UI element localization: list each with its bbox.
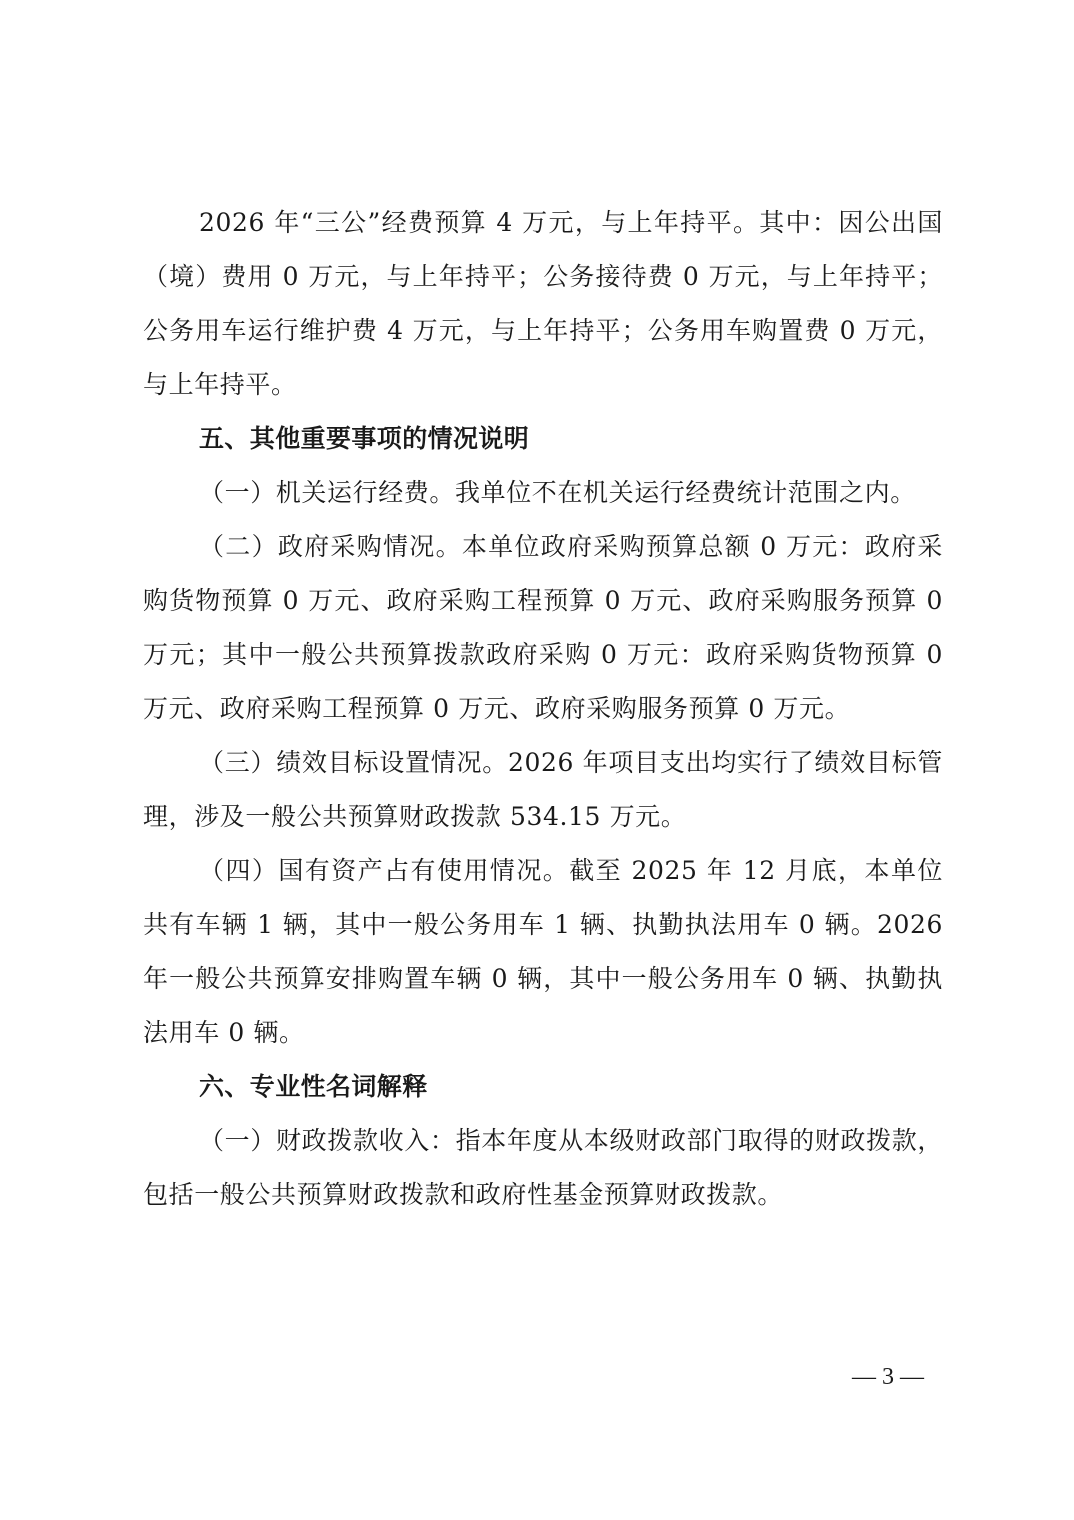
paragraph-office-operating-expenses: （一）机关运行经费。我单位不在机关运行经费统计范围之内。 xyxy=(143,466,943,520)
section-heading-terminology: 六、专业性名词解释 xyxy=(143,1060,943,1114)
paragraph-government-procurement: （二）政府采购情况。本单位政府采购预算总额 0 万元：政府采购货物预算 0 万元… xyxy=(143,520,943,736)
paragraph-three-public-expenses: 2026 年“三公”经费预算 4 万元，与上年持平。其中：因公出国（境）费用 0… xyxy=(143,196,943,412)
paragraph-fiscal-appropriation-income: （一）财政拨款收入：指本年度从本级财政部门取得的财政拨款，包括一般公共预算财政拨… xyxy=(143,1114,943,1222)
section-heading-other-matters: 五、其他重要事项的情况说明 xyxy=(143,412,943,466)
page-number: — 3 — xyxy=(852,1364,924,1391)
document-page: 2026 年“三公”经费预算 4 万元，与上年持平。其中：因公出国（境）费用 0… xyxy=(143,196,943,1222)
paragraph-state-assets: （四）国有资产占有使用情况。截至 2025 年 12 月底，本单位共有车辆 1 … xyxy=(143,844,943,1060)
paragraph-performance-targets: （三）绩效目标设置情况。2026 年项目支出均实行了绩效目标管理，涉及一般公共预… xyxy=(143,736,943,844)
